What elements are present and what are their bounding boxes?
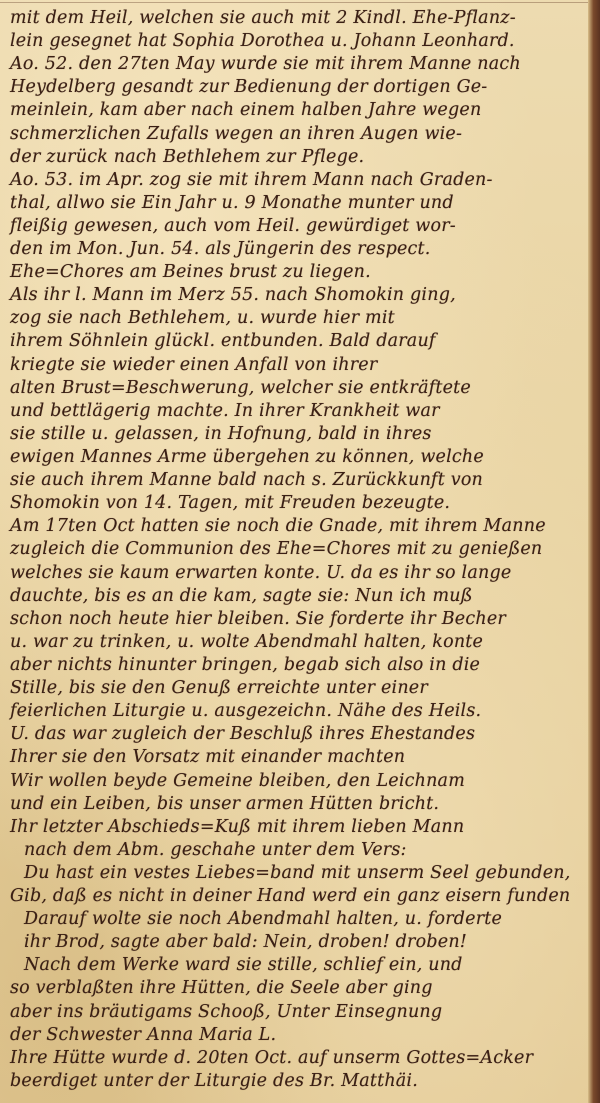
manuscript-line: Darauf wolte sie noch Abendmahl halten, …	[0, 909, 502, 929]
manuscript-line: dauchte, bis es an die kam, sagte sie: N…	[0, 586, 473, 606]
manuscript-page: mit dem Heil, welchen sie auch mit 2 Kin…	[0, 0, 600, 1103]
manuscript-line: der Schwester Anna Maria L.	[0, 1025, 276, 1045]
manuscript-line: fleißig gewesen, auch vom Heil. gewürdig…	[0, 216, 456, 236]
manuscript-line: welches sie kaum erwarten konte. U. da e…	[0, 563, 511, 583]
manuscript-line: ihrem Söhnlein glückl. entbunden. Bald d…	[0, 331, 436, 351]
top-rule	[0, 2, 588, 3]
manuscript-line: Nach dem Werke ward sie stille, schlief …	[0, 955, 463, 975]
manuscript-line: schon noch heute hier bleiben. Sie forde…	[0, 609, 506, 629]
manuscript-line: beerdiget unter der Liturgie des Br. Mat…	[0, 1071, 418, 1091]
manuscript-line: alten Brust=Beschwerung, welcher sie ent…	[0, 378, 471, 398]
manuscript-line: Stille, bis sie den Genuß erreichte unte…	[0, 678, 428, 698]
manuscript-line: sie auch ihrem Manne bald nach s. Zurück…	[0, 470, 483, 490]
manuscript-line: so verblaßten ihre Hütten, die Seele abe…	[0, 978, 433, 998]
manuscript-line: Du hast ein vestes Liebes=band mit unser…	[0, 863, 570, 883]
manuscript-line: Ao. 53. im Apr. zog sie mit ihrem Mann n…	[0, 170, 493, 190]
manuscript-line: Shomokin von 14. Tagen, mit Freuden beze…	[0, 493, 450, 513]
manuscript-line: schmerzlichen Zufalls wegen an ihren Aug…	[0, 124, 462, 144]
manuscript-line: Als ihr l. Mann im Merz 55. nach Shomoki…	[0, 285, 456, 305]
manuscript-line: nach dem Abm. geschahe unter dem Vers:	[0, 840, 407, 860]
manuscript-line: thal, allwo sie Ein Jahr u. 9 Monathe mu…	[0, 193, 454, 213]
manuscript-line: zugleich die Communion des Ehe=Chores mi…	[0, 539, 542, 559]
manuscript-line: der zurück nach Bethlehem zur Pflege.	[0, 147, 364, 167]
manuscript-line: und ein Leiben, bis unser armen Hütten b…	[0, 794, 439, 814]
manuscript-line: Wir wollen beyde Gemeine bleiben, den Le…	[0, 771, 465, 791]
manuscript-line: mit dem Heil, welchen sie auch mit 2 Kin…	[0, 8, 516, 28]
manuscript-line: Heydelberg gesandt zur Bedienung der dor…	[0, 77, 487, 97]
manuscript-line: Ehe=Chores am Beines brust zu liegen.	[0, 262, 371, 282]
manuscript-line: aber ins bräutigams Schooß, Unter Einseg…	[0, 1002, 442, 1022]
manuscript-line: kriegte sie wieder einen Anfall von ihre…	[0, 355, 377, 375]
page-edge	[588, 0, 600, 1103]
manuscript-line: meinlein, kam aber nach einem halben Jah…	[0, 100, 481, 120]
manuscript-line: und bettlägerig machte. In ihrer Krankhe…	[0, 401, 440, 421]
manuscript-line: Ihr letzter Abschieds=Kuß mit ihrem lieb…	[0, 817, 464, 837]
manuscript-line: Gib, daß es nicht in deiner Hand werd ei…	[0, 886, 570, 906]
manuscript-line: lein gesegnet hat Sophia Dorothea u. Joh…	[0, 31, 515, 51]
manuscript-line: u. war zu trinken, u. wolte Abendmahl ha…	[0, 632, 483, 652]
manuscript-line: Ihrer sie den Vorsatz mit einander macht…	[0, 747, 405, 767]
manuscript-line: U. das war zugleich der Beschluß ihres E…	[0, 724, 475, 744]
manuscript-line: den im Mon. Jun. 54. als Jüngerin des re…	[0, 239, 431, 259]
manuscript-line: ewigen Mannes Arme übergehen zu können, …	[0, 447, 484, 467]
manuscript-line: zog sie nach Bethlehem, u. wurde hier mi…	[0, 308, 395, 328]
manuscript-line: Am 17ten Oct hatten sie noch die Gnade, …	[0, 516, 546, 536]
manuscript-line: feierlichen Liturgie u. ausgezeichn. Näh…	[0, 701, 481, 721]
manuscript-line: Ao. 52. den 27ten May wurde sie mit ihre…	[0, 54, 521, 74]
manuscript-line: Ihre Hütte wurde d. 20ten Oct. auf unser…	[0, 1048, 533, 1068]
manuscript-line: sie stille u. gelassen, in Hofnung, bald…	[0, 424, 432, 444]
manuscript-line: aber nichts hinunter bringen, begab sich…	[0, 655, 480, 675]
manuscript-line: ihr Brod, sagte aber bald: Nein, droben!…	[0, 932, 467, 952]
